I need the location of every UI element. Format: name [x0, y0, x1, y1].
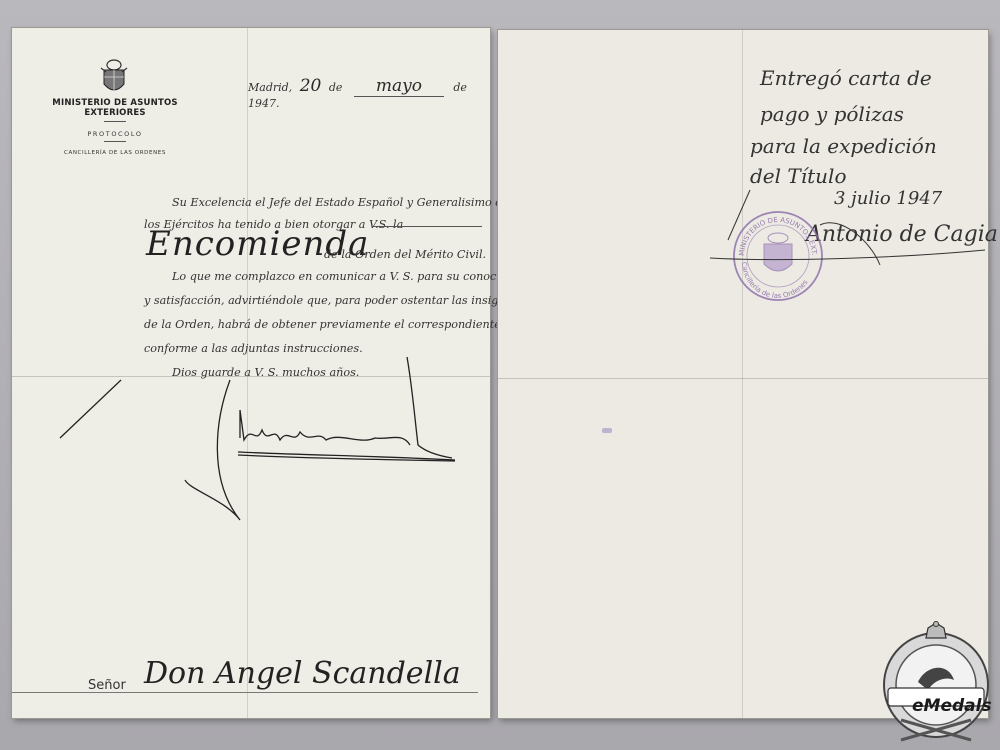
note-signature: Antonio de Cagia	[806, 222, 998, 247]
note-line: pago y pólizas	[760, 102, 904, 126]
department-name: PROTOCOLO	[40, 130, 190, 138]
body-line: Lo que me complazco en comunicar a V. S.…	[172, 270, 539, 283]
note-date: 3 julio 1947	[834, 188, 942, 209]
official-stamp: MINISTERIO DE ASUNTOS EXT. Cancillería d…	[728, 206, 828, 306]
coat-of-arms-icon	[100, 58, 128, 96]
closing-line: Dios guarde a V. S. muchos años.	[172, 366, 359, 379]
addressee-line	[12, 692, 478, 693]
body-line: de la Orden, habrá de obtener previament…	[144, 318, 541, 331]
letterhead: MINISTERIO DE ASUNTOS EXTERIORES PROTOCO…	[40, 98, 190, 156]
body-line: de la Orden del Mérito Civil.	[324, 248, 486, 261]
blank-line	[372, 226, 482, 227]
letter-front-page: MINISTERIO DE ASUNTOS EXTERIORES PROTOCO…	[12, 28, 490, 718]
ministry-name: MINISTERIO DE ASUNTOS EXTERIORES	[40, 98, 190, 118]
date-month: mayo	[354, 76, 444, 97]
divider	[104, 121, 126, 122]
body-line: y satisfacción, advirtiéndole que, para …	[144, 294, 522, 307]
emedals-brand: eMedals	[912, 696, 992, 716]
date-city: Madrid,	[248, 81, 292, 94]
office-name: CANCILLERÍA DE LAS ORDENES	[40, 150, 190, 156]
dateline: Madrid, 20 de mayo de 1947.	[248, 76, 490, 110]
letter-back-page: Entregó carta de pago y pólizas para la …	[498, 30, 988, 718]
divider	[104, 141, 126, 142]
addressee-name: Don Angel Scandella	[144, 656, 461, 691]
note-line: Entregó carta de	[760, 66, 932, 90]
date-de: de	[453, 81, 467, 94]
fold-line	[742, 30, 743, 718]
body-line: Su Excelencia el Jefe del Estado Español…	[172, 196, 509, 209]
date-year: 1947.	[248, 97, 280, 110]
ink-mark	[602, 428, 612, 433]
date-de: de	[329, 81, 343, 94]
note-line: del Título	[750, 164, 846, 188]
note-line: para la expedición	[750, 134, 937, 158]
addressee-label: Señor	[88, 678, 126, 693]
emedals-logo	[876, 620, 996, 745]
body-line: conforme a las adjuntas instrucciones.	[144, 342, 363, 355]
fold-line	[498, 378, 988, 379]
date-day: 20	[300, 76, 322, 96]
